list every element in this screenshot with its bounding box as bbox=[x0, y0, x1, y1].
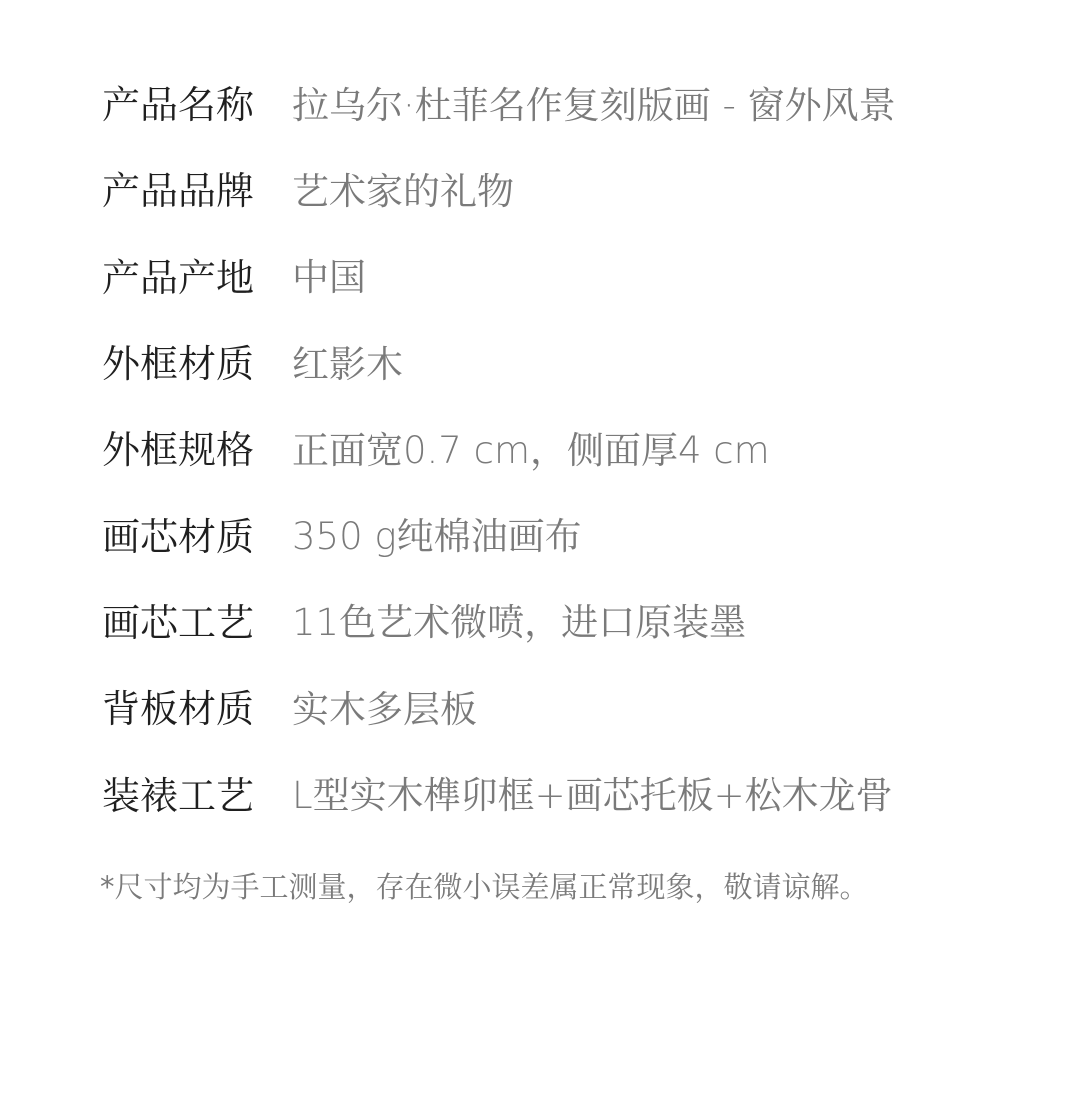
spec-value: 拉乌尔·杜菲名作复刻版画 - 窗外风景 bbox=[292, 87, 896, 124]
spec-row-frame-size: 外框规格 正面宽0.7 cm，侧面厚4 cm bbox=[102, 407, 1002, 493]
measurement-disclaimer: *尺寸均为手工测量，存在微小误差属正常现象，敬请谅解。 bbox=[100, 873, 869, 902]
spec-row-backboard-material: 背板材质 实木多层板 bbox=[102, 666, 1002, 752]
spec-row-frame-material: 外框材质 红影木 bbox=[102, 321, 1002, 407]
spec-row-product-name: 产品名称 拉乌尔·杜菲名作复刻版画 - 窗外风景 bbox=[102, 62, 1002, 148]
spec-value: 中国 bbox=[292, 259, 366, 296]
spec-row-mounting-craft: 装裱工艺 L型实木榫卯框+画芯托板+松木龙骨 bbox=[102, 752, 1002, 838]
spec-row-origin: 产品产地 中国 bbox=[102, 235, 1002, 321]
spec-label: 外框材质 bbox=[102, 345, 292, 383]
spec-row-canvas-craft: 画芯工艺 11色艺术微喷，进口原装墨 bbox=[102, 580, 1002, 666]
spec-label: 装裱工艺 bbox=[102, 777, 292, 815]
spec-value: 350 g纯棉油画布 bbox=[292, 518, 582, 555]
spec-value: 正面宽0.7 cm，侧面厚4 cm bbox=[292, 432, 770, 469]
spec-value: 实木多层板 bbox=[292, 691, 477, 728]
spec-value: L型实木榫卯框+画芯托板+松木龙骨 bbox=[292, 777, 893, 814]
spec-label: 外框规格 bbox=[102, 431, 292, 469]
spec-value: 艺术家的礼物 bbox=[292, 173, 514, 210]
product-spec-list: 产品名称 拉乌尔·杜菲名作复刻版画 - 窗外风景 产品品牌 艺术家的礼物 产品产… bbox=[102, 62, 1002, 839]
spec-value: 红影木 bbox=[292, 346, 403, 383]
spec-label: 产品产地 bbox=[102, 259, 292, 297]
spec-label: 画芯工艺 bbox=[102, 604, 292, 642]
spec-label: 画芯材质 bbox=[102, 518, 292, 556]
spec-label: 产品名称 bbox=[102, 86, 292, 124]
spec-value: 11色艺术微喷，进口原装墨 bbox=[292, 604, 746, 641]
spec-label: 背板材质 bbox=[102, 690, 292, 728]
spec-label: 产品品牌 bbox=[102, 172, 292, 210]
spec-row-brand: 产品品牌 艺术家的礼物 bbox=[102, 148, 1002, 234]
spec-row-canvas-material: 画芯材质 350 g纯棉油画布 bbox=[102, 493, 1002, 579]
